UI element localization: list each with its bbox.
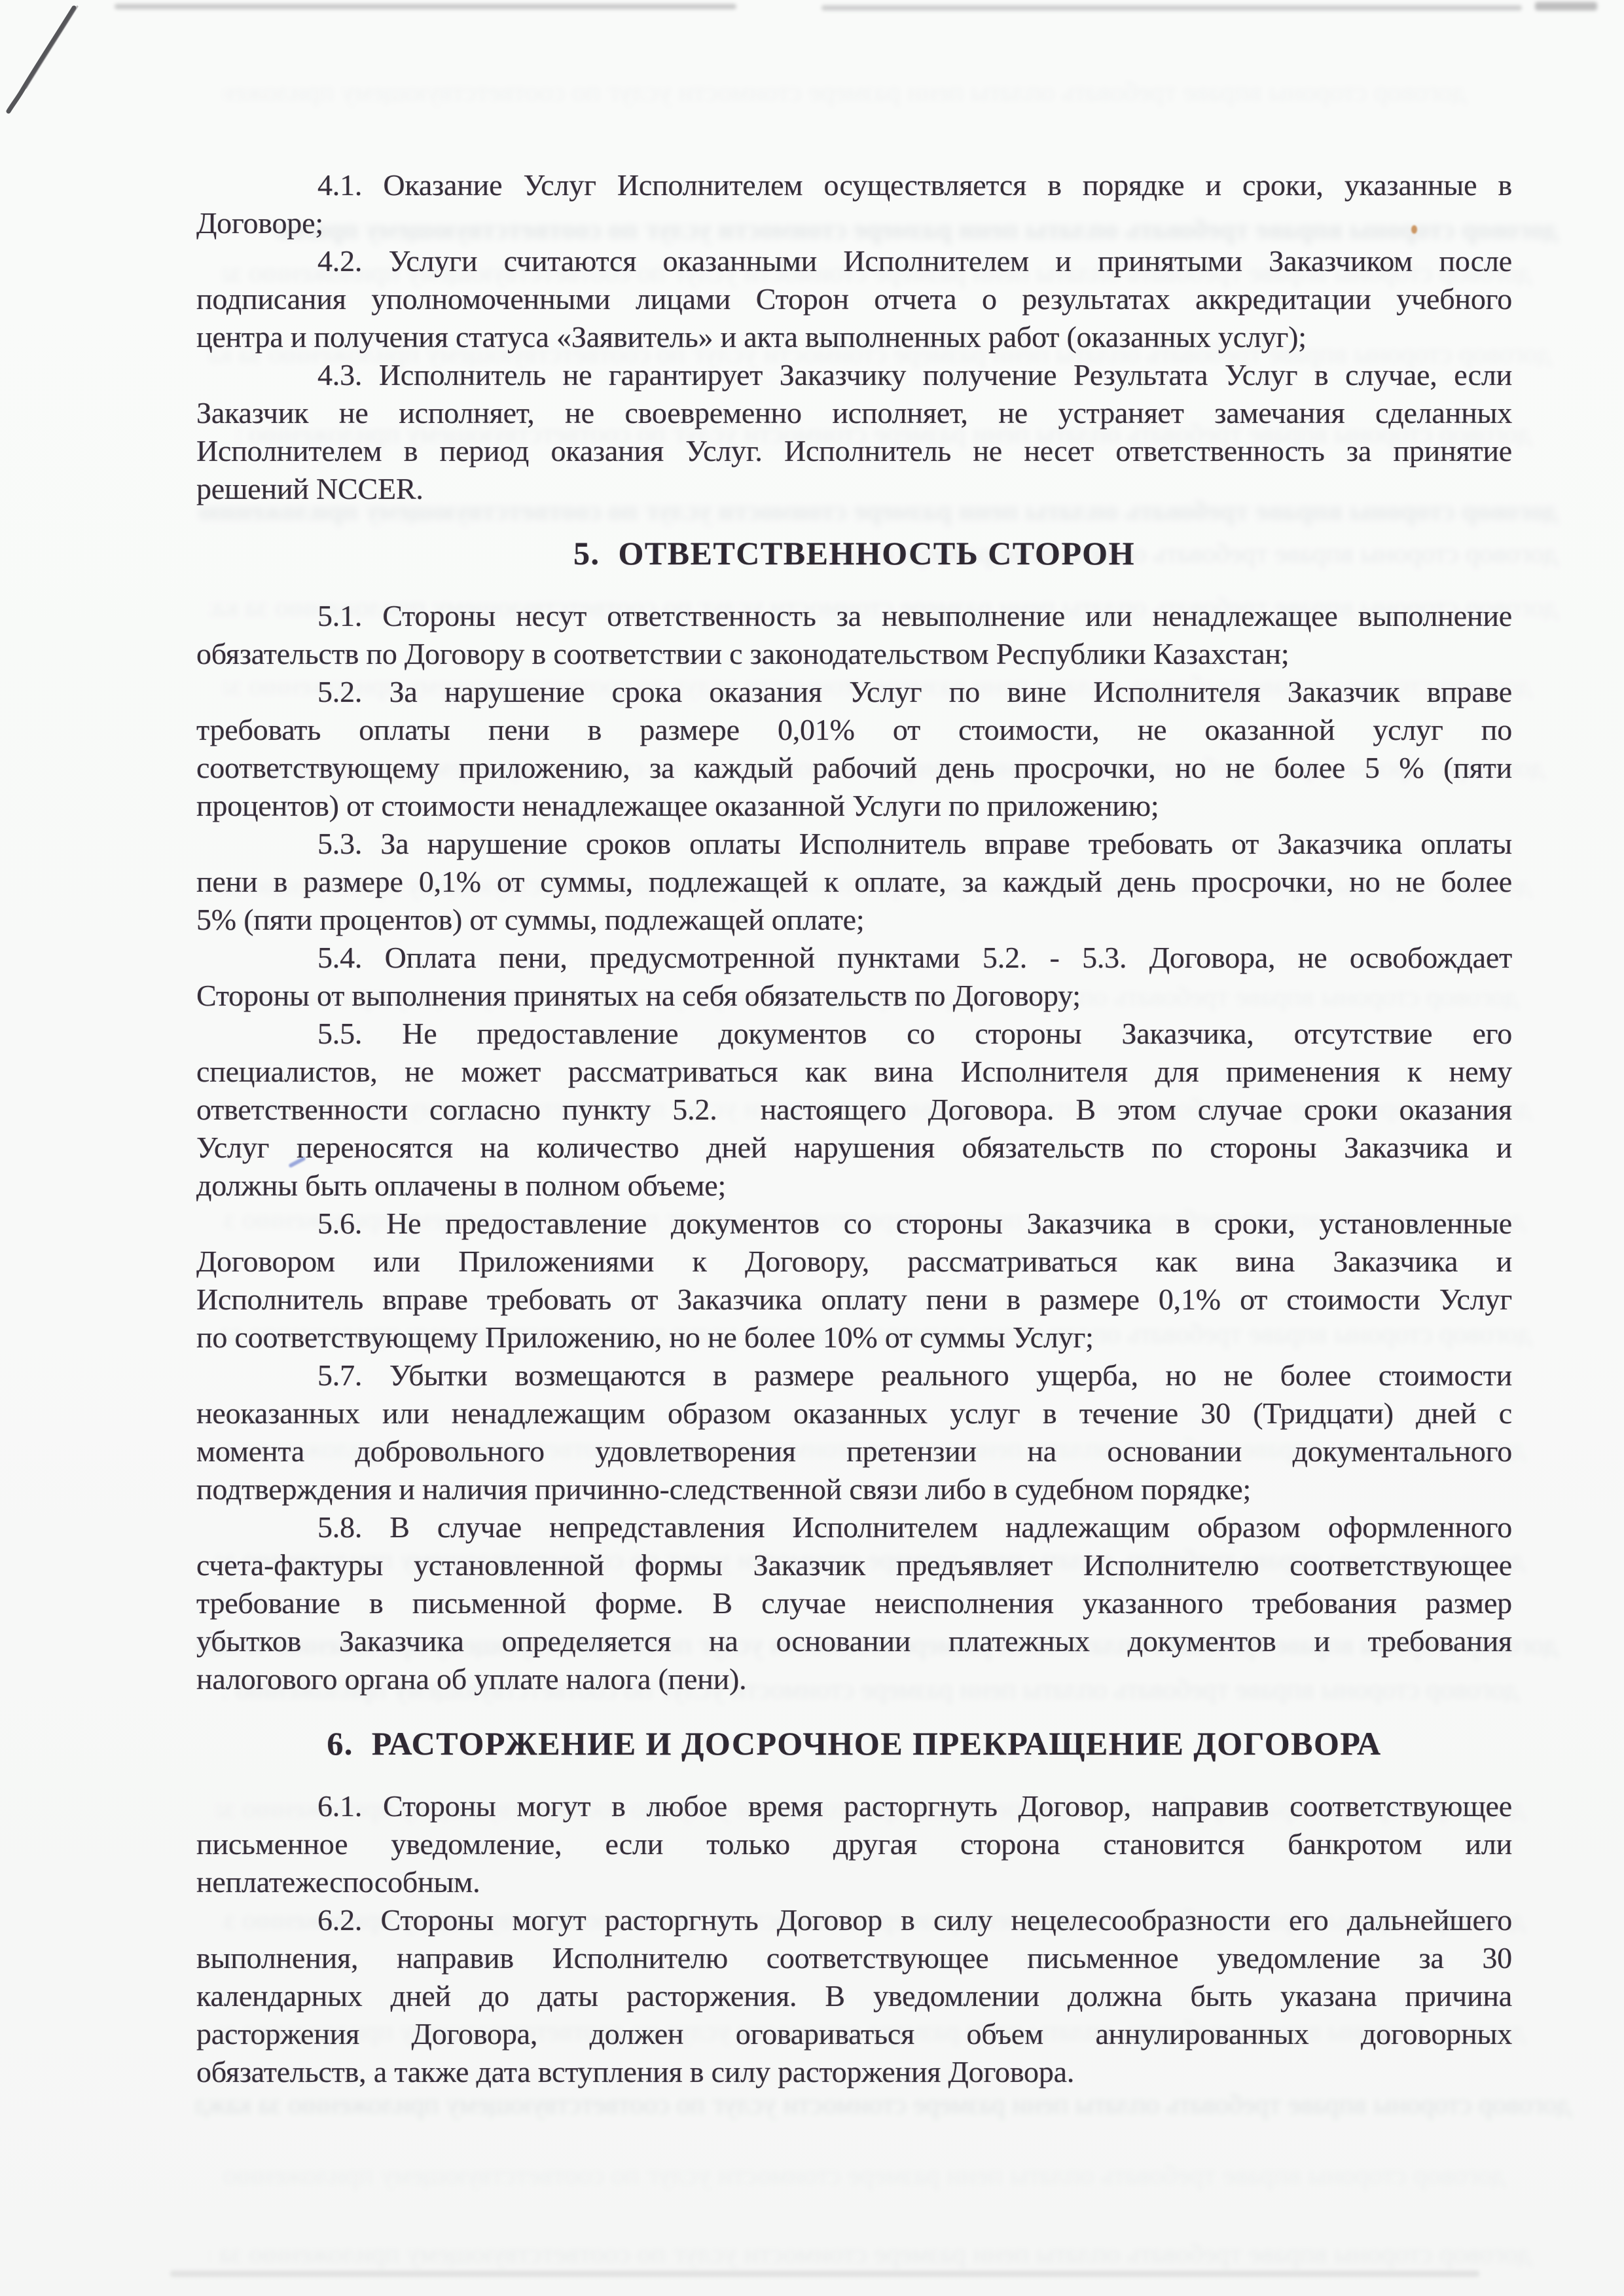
paragraph: 5.5. Не предоставление документов со сто… [196,1015,1512,1205]
text-line: налогового органа об уплате налога (пени… [196,1660,1512,1698]
bleedthrough-band: договор стороны вправе требовать оплаты … [196,2090,1571,2120]
paragraph: 5.1. Стороны несут ответственность за не… [196,597,1512,673]
text-line: должны быть оплачены в полном объеме; [196,1167,1512,1205]
paragraph: 5.7. Убытки возмещаются в размере реальн… [196,1357,1512,1508]
top-edge-smudge [821,5,1522,10]
bleedthrough-band: договор стороны вправе требовать оплаты … [223,77,1466,107]
top-edge-smudge [115,4,736,9]
text-line: Исполнитель вправе требовать от Заказчик… [196,1281,1512,1319]
document-body: 4.1. Оказание Услуг Исполнителем осущест… [196,166,1512,2091]
text-line: 4.3. Исполнитель не гарантирует Заказчик… [196,356,1512,394]
corner-pen-mark [0,0,144,144]
text-line: соответствующему приложению, за каждый р… [196,749,1512,787]
bleedthrough-band: договор стороны вправе требовать оплаты … [209,2239,1532,2269]
text-line: 5.1. Стороны несут ответственность за не… [196,597,1512,635]
text-line: требование в письменной форме. В случае … [196,1584,1512,1622]
text-line: момента добровольного удовлетворения пре… [196,1432,1512,1470]
text-line: Заказчик не исполняет, не своевременно и… [196,394,1512,432]
text-line: 5.5. Не предоставление документов со сто… [196,1015,1512,1053]
paragraph: 4.3. Исполнитель не гарантирует Заказчик… [196,356,1512,508]
text-line: центра и получения статуса «Заявитель» и… [196,318,1512,356]
paragraph: 5.8. В случае непредставления Исполнител… [196,1508,1512,1698]
text-line: подтверждения и наличия причинно-следств… [196,1470,1512,1508]
paragraph: 4.1. Оказание Услуг Исполнителем осущест… [196,166,1512,242]
paragraph: 6.1. Стороны могут в любое время расторг… [196,1787,1512,1901]
text-line: Договором или Приложениями к Договору, р… [196,1243,1512,1281]
bottom-edge-smudge [170,2270,1479,2277]
text-line: 4.2. Услуги считаются оказанными Исполни… [196,242,1512,280]
text-line: 6.2. Стороны могут расторгнуть Договор в… [196,1901,1512,1939]
text-line: 5.8. В случае непредставления Исполнител… [196,1508,1512,1546]
paragraph: 6.2. Стороны могут расторгнуть Договор в… [196,1901,1512,2091]
text-line: Стороны от выполнения принятых на себя о… [196,977,1512,1015]
paragraph: 5.6. Не предоставление документов со сто… [196,1205,1512,1357]
paragraph: 4.2. Услуги считаются оказанными Исполни… [196,242,1512,356]
text-line: по соответствующему Приложению, но не бо… [196,1319,1512,1357]
text-line: письменное уведомление, если только друг… [196,1825,1512,1863]
text-line: обязательств, а также дата вступления в … [196,2053,1512,2091]
text-line: счета-фактуры установленной формы Заказч… [196,1546,1512,1584]
text-line: 5% (пяти процентов) от суммы, подлежащей… [196,901,1512,939]
text-line: ответственности согласно пункту 5.2. нас… [196,1091,1512,1129]
text-line: расторжения Договора, должен оговаривать… [196,2015,1512,2053]
text-line: пени в размере 0,1% от суммы, подлежащей… [196,863,1512,901]
section-heading: 5. ОТВЕТСТВЕННОСТЬ СТОРОН [196,534,1512,572]
text-line: Договоре; [196,204,1512,242]
paragraph: 5.3. За нарушение сроков оплаты Исполнит… [196,825,1512,939]
text-line: Услуг переносятся на количество дней нар… [196,1129,1512,1167]
text-line: решений NCCER. [196,470,1512,508]
text-line: выполнения, направив Исполнителю соответ… [196,1939,1512,1977]
text-line: неплатежеспособным. [196,1863,1512,1901]
text-line: требовать оплаты пени в размере 0,01% от… [196,711,1512,749]
text-line: обязательств по Договору в соответствии … [196,635,1512,673]
top-right-corner-smudge [1535,2,1597,10]
text-line: убытков Заказчика определяется на основа… [196,1622,1512,1660]
section-heading: 6. РАСТОРЖЕНИЕ И ДОСРОЧНОЕ ПРЕКРАЩЕНИЕ Д… [196,1724,1512,1762]
paragraph: 5.2. За нарушение срока оказания Услуг п… [196,673,1512,825]
text-line: неоказанных или ненадлежащим образом ока… [196,1394,1512,1432]
scanned-page: договор стороны вправе требовать оплаты … [0,0,1624,2296]
text-line: календарных дней до даты расторжения. В … [196,1977,1512,2015]
text-line: 5.7. Убытки возмещаются в размере реальн… [196,1357,1512,1394]
text-line: 5.3. За нарушение сроков оплаты Исполнит… [196,825,1512,863]
text-line: 6.1. Стороны могут в любое время расторг… [196,1787,1512,1825]
text-line: 4.1. Оказание Услуг Исполнителем осущест… [196,166,1512,204]
text-line: 5.6. Не предоставление документов со сто… [196,1205,1512,1243]
text-line: процентов) от стоимости ненадлежащее ока… [196,787,1512,825]
text-line: Исполнителем в период оказания Услуг. Ис… [196,432,1512,470]
bleedthrough-band: договор стороны вправе требовать оплаты … [223,2160,1506,2191]
text-line: подписания уполномоченными лицами Сторон… [196,280,1512,318]
text-line: 5.4. Оплата пени, предусмотренной пункта… [196,939,1512,977]
text-line: специалистов, не может рассматриваться к… [196,1053,1512,1091]
paragraph: 5.4. Оплата пени, предусмотренной пункта… [196,939,1512,1015]
text-line: 5.2. За нарушение срока оказания Услуг п… [196,673,1512,711]
